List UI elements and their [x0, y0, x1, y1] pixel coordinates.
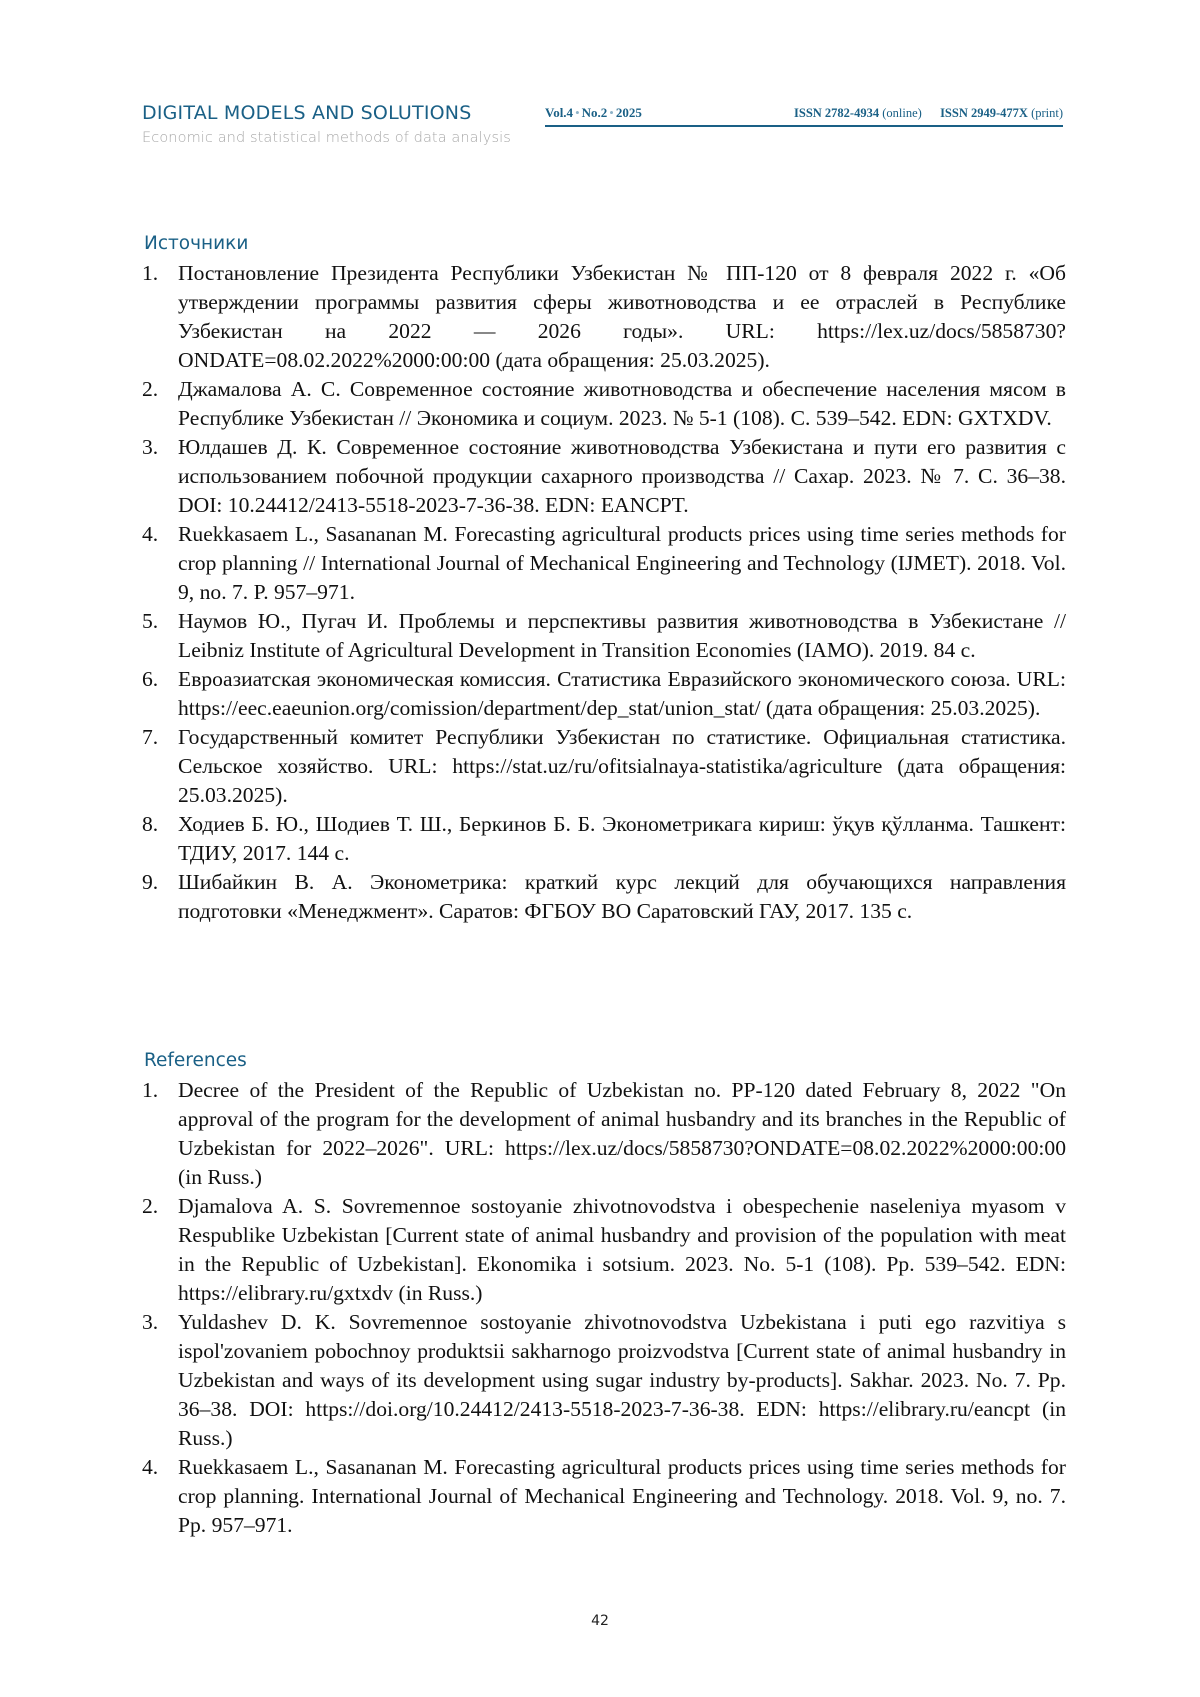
reference-item: 8.Ходиев Б. Ю., Шодиев Т. Ш., Беркинов Б…	[142, 810, 1066, 868]
reference-number: 2.	[142, 1192, 158, 1221]
references-list: 1.Decree of the President of the Republi…	[142, 1076, 1066, 1540]
reference-text: Постановление Президента Республики Узбе…	[178, 261, 1066, 372]
sources-heading: Источники	[144, 233, 248, 254]
reference-text: Djamalova A. S. Sovremennoe sostoyanie z…	[178, 1194, 1066, 1305]
references-heading: References	[144, 1050, 247, 1071]
reference-text: Yuldashev D. K. Sovremennoe sostoyanie z…	[178, 1310, 1066, 1450]
reference-text: Государственный комитет Республики Узбек…	[178, 725, 1066, 807]
reference-text: Ходиев Б. Ю., Шодиев Т. Ш., Беркинов Б. …	[178, 812, 1066, 865]
reference-item: 4.Ruekkasaem L., Sasananan M. Forecastin…	[142, 520, 1066, 607]
reference-item: 1.Decree of the President of the Republi…	[142, 1076, 1066, 1192]
reference-item: 3.Yuldashev D. K. Sovremennoe sostoyanie…	[142, 1308, 1066, 1453]
reference-text: Decree of the President of the Republic …	[178, 1078, 1066, 1189]
reference-number: 4.	[142, 1453, 158, 1482]
reference-number: 1.	[142, 259, 158, 288]
reference-number: 3.	[142, 433, 158, 462]
reference-number: 6.	[142, 665, 158, 694]
issn-info: ISSN 2782-4934 (online) ISSN 2949-477X (…	[794, 106, 1063, 121]
reference-item: 5.Наумов Ю., Пугач И. Проблемы и перспек…	[142, 607, 1066, 665]
reference-text: Евроазиатская экономическая комиссия. Ст…	[178, 667, 1066, 720]
reference-number: 2.	[142, 375, 158, 404]
sources-list: 1.Постановление Президента Республики Уз…	[142, 259, 1066, 926]
issn-online-note: (online)	[882, 106, 922, 120]
separator-dot: •	[573, 105, 582, 120]
journal-subtitle: Economic and statistical methods of data…	[142, 130, 511, 146]
reference-number: 9.	[142, 868, 158, 897]
volume: Vol.4	[545, 105, 573, 120]
reference-number: 5.	[142, 607, 158, 636]
issn-online: ISSN 2782-4934	[794, 106, 879, 120]
issue-year: 2025	[616, 105, 642, 120]
issn-print-note: (print)	[1031, 106, 1063, 120]
reference-item: 9.Шибайкин В. А. Эконометрика: краткий к…	[142, 868, 1066, 926]
reference-text: Ruekkasaem L., Sasananan M. Forecasting …	[178, 1455, 1066, 1537]
reference-item: 2.Джамалова А. С. Современное состояние …	[142, 375, 1066, 433]
journal-page: DIGITAL MODELS AND SOLUTIONS Economic an…	[0, 0, 1200, 1697]
reference-text: Джамалова А. С. Современное состояние жи…	[178, 377, 1066, 430]
issue-number: No.2	[582, 105, 608, 120]
reference-number: 4.	[142, 520, 158, 549]
reference-text: Ruekkasaem L., Sasananan M. Forecasting …	[178, 522, 1066, 604]
separator-dot: •	[607, 105, 616, 120]
issue-info-bar: Vol.4•No.2•2025 ISSN 2782-4934 (online) …	[545, 105, 1063, 127]
reference-number: 8.	[142, 810, 158, 839]
reference-item: 1.Постановление Президента Республики Уз…	[142, 259, 1066, 375]
reference-item: 7.Государственный комитет Республики Узб…	[142, 723, 1066, 810]
reference-text: Шибайкин В. А. Эконометрика: краткий кур…	[178, 870, 1066, 923]
reference-number: 1.	[142, 1076, 158, 1105]
page-number: 42	[0, 1613, 1200, 1629]
issue-volume-number: Vol.4•No.2•2025	[545, 105, 642, 121]
journal-title: DIGITAL MODELS AND SOLUTIONS	[142, 102, 471, 124]
reference-number: 7.	[142, 723, 158, 752]
reference-item: 2.Djamalova A. S. Sovremennoe sostoyanie…	[142, 1192, 1066, 1308]
reference-number: 3.	[142, 1308, 158, 1337]
reference-item: 3.Юлдашев Д. К. Современное состояние жи…	[142, 433, 1066, 520]
reference-text: Наумов Ю., Пугач И. Проблемы и перспекти…	[178, 609, 1066, 662]
reference-item: 4.Ruekkasaem L., Sasananan M. Forecastin…	[142, 1453, 1066, 1540]
reference-text: Юлдашев Д. К. Современное состояние живо…	[178, 435, 1066, 517]
reference-item: 6.Евроазиатская экономическая комиссия. …	[142, 665, 1066, 723]
issn-print: ISSN 2949-477X	[940, 106, 1028, 120]
